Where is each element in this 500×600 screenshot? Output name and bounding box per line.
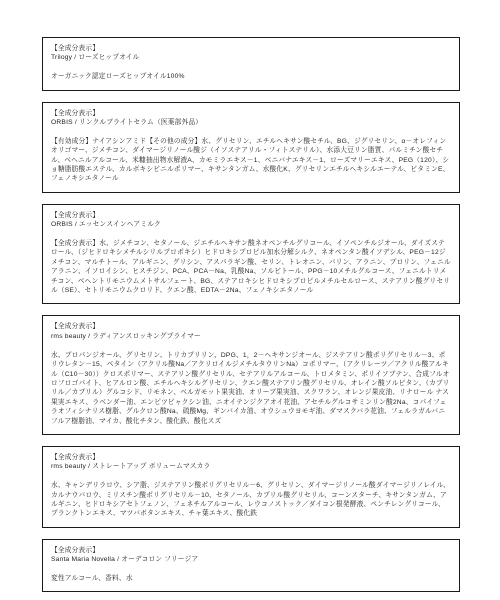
ingredients-text: 【有効成分】ナイアシンアミド【その他の成分】水、グリセリン、エチルヘキサン酸セチ… bbox=[51, 137, 451, 184]
brand-product-name: Trilogy / ローズヒップオイル bbox=[51, 53, 451, 62]
brand-product-name: ORBIS / リンクルブライトセラム（医薬部外品） bbox=[51, 118, 451, 127]
full-ingredients-label: 【全成分表示】 bbox=[51, 44, 451, 53]
ingredients-text: 水、キャンデリラロウ、シア脂、ジステアリン酸ポリグリセリル－6、グリセリン、ダイ… bbox=[51, 481, 451, 519]
ingredients-text: 変性アルコール、香料、水 bbox=[51, 574, 451, 583]
ingredient-list-page: 【全成分表示】 Trilogy / ローズヒップオイル オーガニック認定ローズヒ… bbox=[0, 0, 500, 600]
brand-product-name: Santa Maria Novella / オーデコロン フリージア bbox=[51, 555, 451, 564]
full-ingredients-label: 【全成分表示】 bbox=[51, 109, 451, 118]
full-ingredients-label: 【全成分表示】 bbox=[51, 211, 451, 220]
ingredient-card-orbis-wrinkle-serum: 【全成分表示】 ORBIS / リンクルブライトセラム（医薬部外品） 【有効成分… bbox=[42, 102, 460, 193]
ingredients-text: オーガニック認定ローズヒップオイル100% bbox=[51, 72, 451, 81]
brand-product-name: ORBIS / エッセンスインヘアミルク bbox=[51, 220, 451, 229]
ingredient-card-rms-primer: 【全成分表示】 rms beauty / ラディアンスロッキングプライマー 水、… bbox=[42, 315, 460, 434]
full-ingredients-label: 【全成分表示】 bbox=[51, 546, 451, 555]
ingredient-card-trilogy-rosehip: 【全成分表示】 Trilogy / ローズヒップオイル オーガニック認定ローズヒ… bbox=[42, 37, 460, 91]
brand-product-name: rms beauty / ストレートアップ ボリュームマスカラ bbox=[51, 462, 451, 471]
ingredients-text: 【全成分表示】水、ジメチコン、セタノール、ジエチルヘキサン酸ネオペンチルグリコー… bbox=[51, 239, 451, 295]
ingredient-card-orbis-hair-milk: 【全成分表示】 ORBIS / エッセンスインヘアミルク 【全成分表示】水、ジメ… bbox=[42, 204, 460, 305]
ingredients-text: 水、プロパンジオール、グリセリン、トリカプリリン、DPG、1，2－ヘキサンジオー… bbox=[51, 351, 451, 426]
ingredient-card-rms-mascara: 【全成分表示】 rms beauty / ストレートアップ ボリュームマスカラ … bbox=[42, 446, 460, 528]
ingredient-card-smn-cologne: 【全成分表示】 Santa Maria Novella / オーデコロン フリー… bbox=[42, 539, 460, 593]
brand-product-name: rms beauty / ラディアンスロッキングプライマー bbox=[51, 332, 451, 341]
full-ingredients-label: 【全成分表示】 bbox=[51, 322, 451, 331]
full-ingredients-label: 【全成分表示】 bbox=[51, 453, 451, 462]
